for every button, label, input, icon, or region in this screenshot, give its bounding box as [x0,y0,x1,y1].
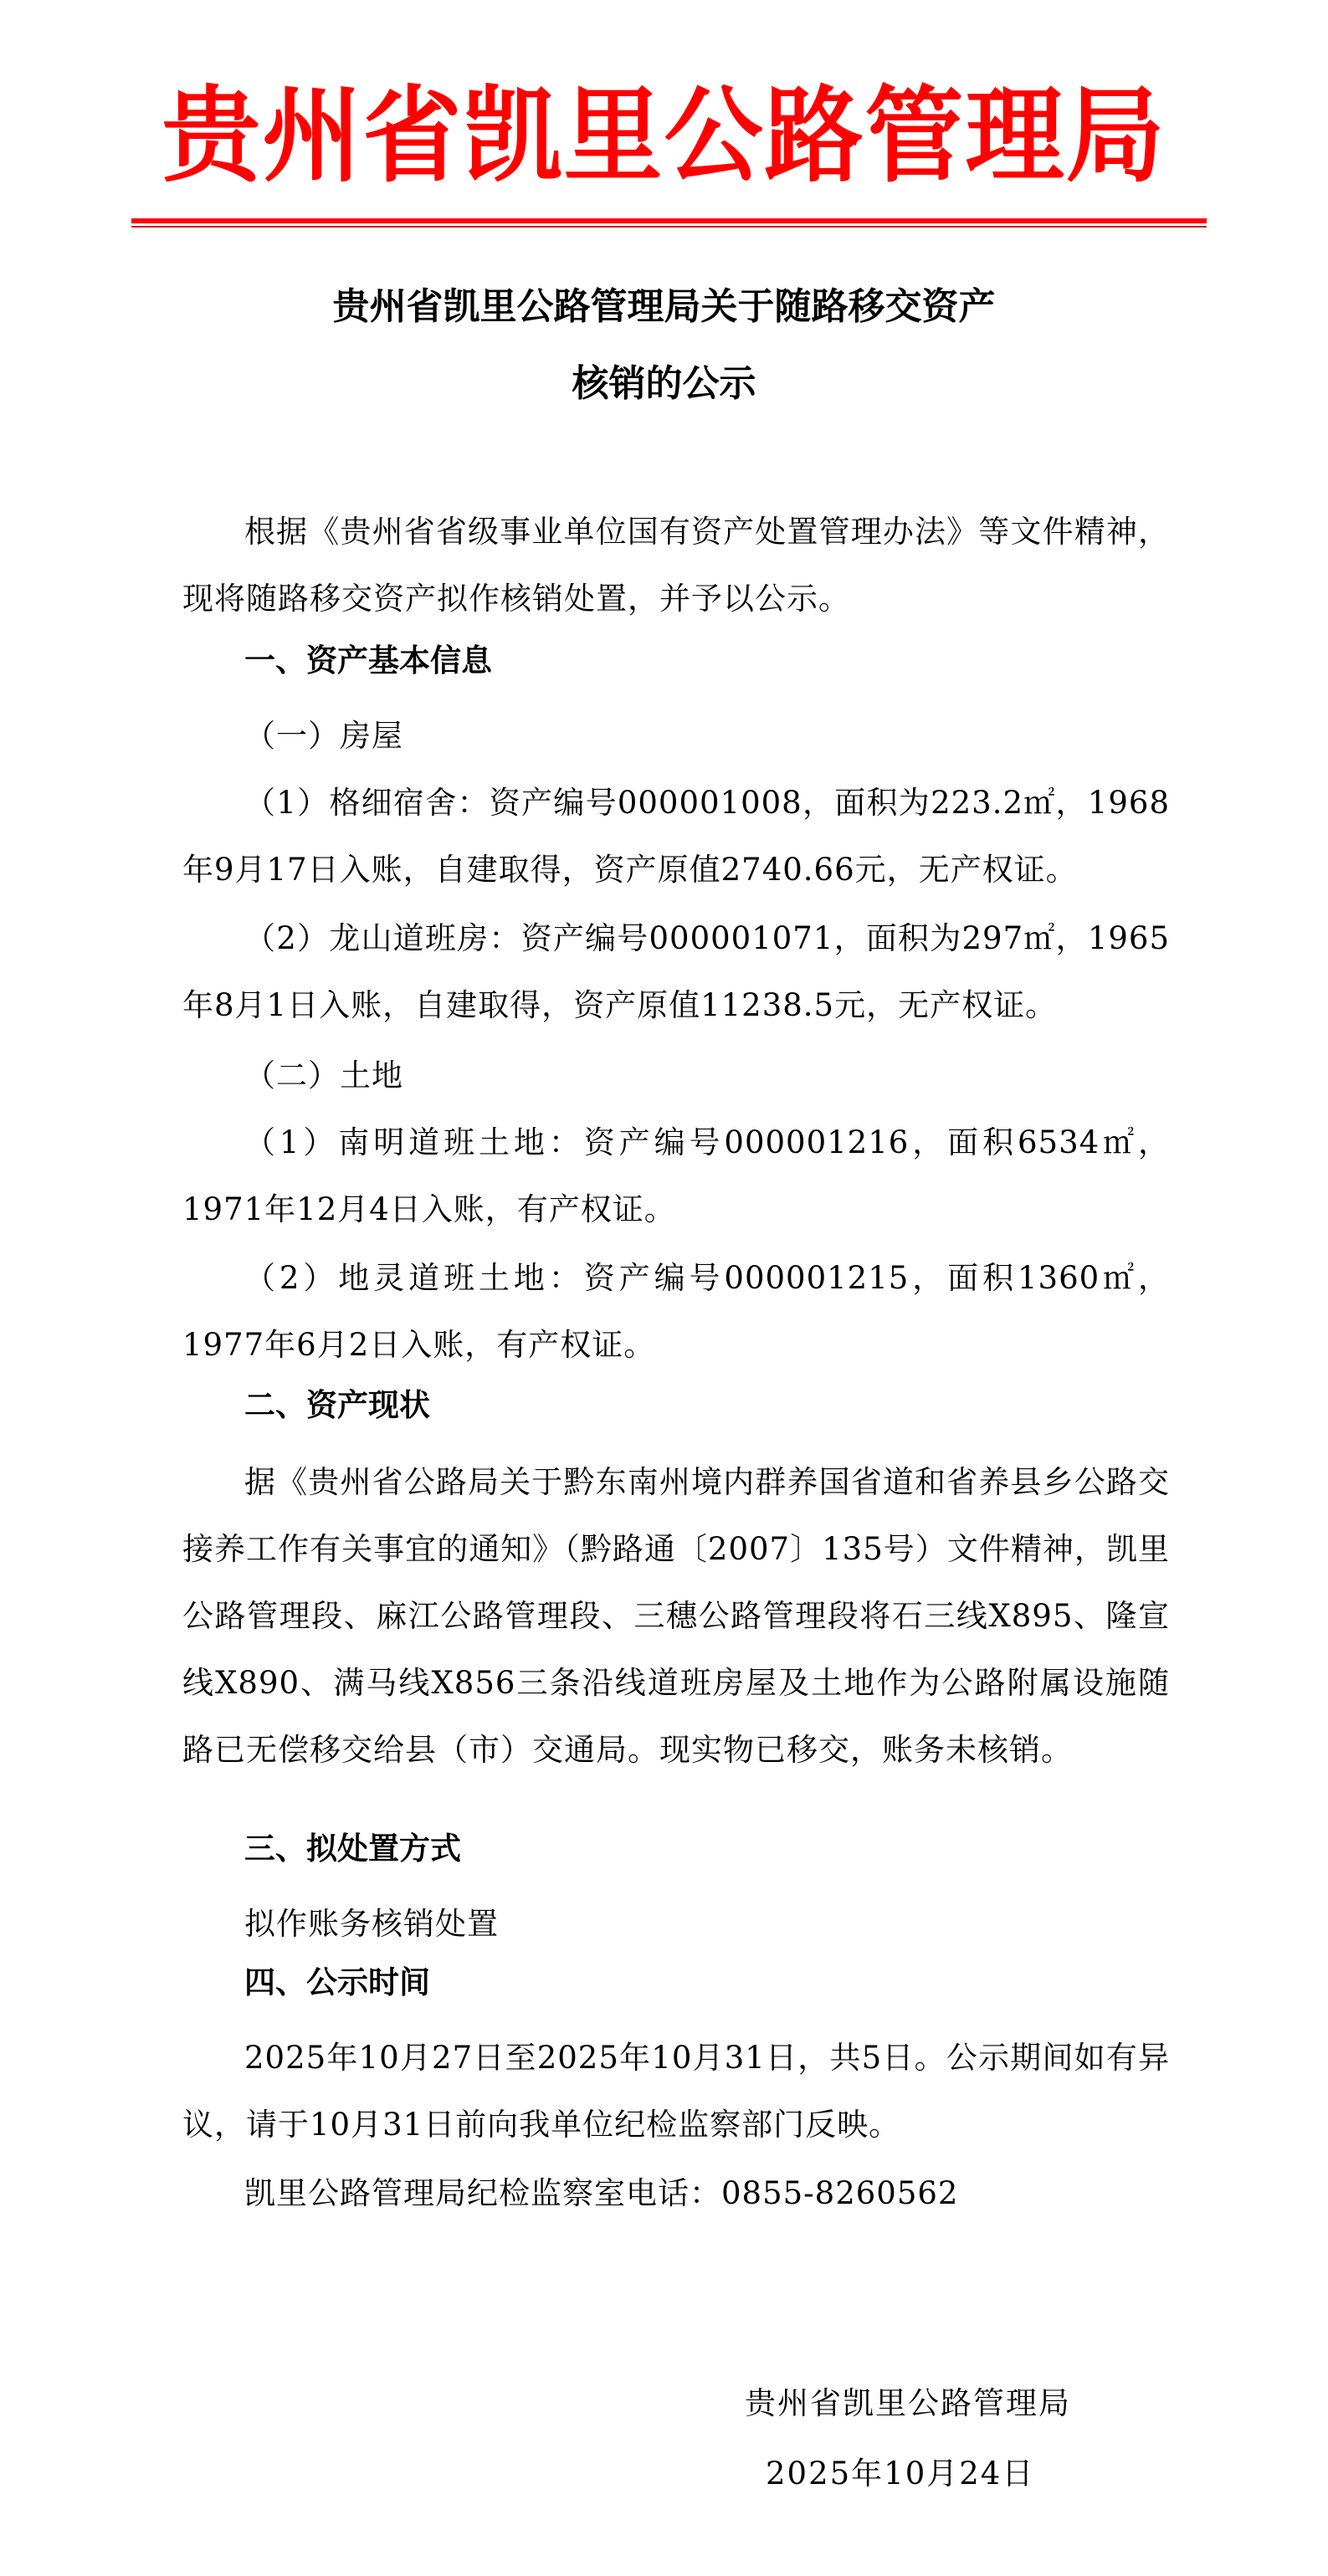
asset-item-house-2: （2）龙山道班房：资产编号000001071，面积为297㎡，1965年8月1日… [182,905,1170,1039]
section-heading-basic-info: 一、资产基本信息 [244,636,492,686]
subheading-land: （二）土地 [182,1042,1170,1109]
masthead-org-name: 贵州省凯里公路管理局 [0,74,1328,197]
section-heading-disposal: 三、拟处置方式 [244,1824,461,1874]
asset-item-house-1: （1）格细宿舍：资产编号000001008，面积为223.2㎡，1968年9月1… [182,770,1170,904]
contact-phone-line: 凯里公路管理局纪检监察室电话：0855-8260562 [182,2160,1170,2227]
section-heading-publicity-period: 四、公示时间 [244,1958,430,2008]
document-title-line-1: 贵州省凯里公路管理局关于随路移交资产 [0,284,1328,330]
disposal-paragraph: 拟作账务核销处置 [182,1891,1170,1958]
section-heading-status: 二、资产现状 [244,1380,430,1431]
masthead-divider-thin [131,226,1207,228]
asset-item-land-2: （2）地灵道班土地：资产编号000001215，面积1360㎡，1977年6月2… [182,1245,1170,1379]
asset-item-land-1: （1）南明道班土地：资产编号000001216，面积6534㎡，1971年12月… [182,1109,1170,1243]
status-paragraph: 据《贵州省公路局关于黔东南州境内群养国省道和省养县乡公路交接养工作有关事宜的通知… [182,1449,1170,1784]
publicity-period-paragraph: 2025年10月27日至2025年10月31日，共5日。公示期间如有异议，请于1… [182,2025,1170,2159]
subheading-houses: （一）房屋 [182,703,1170,770]
signature-org: 贵州省凯里公路管理局 [745,2383,1071,2425]
masthead-divider-thick [131,218,1207,223]
document-title-line-2: 核销的公示 [0,361,1328,407]
intro-paragraph: 根据《贵州省省级事业单位国有资产处置管理办法》等文件精神，现将随路移交资产拟作核… [182,499,1170,632]
signature-date: 2025年10月24日 [766,2453,1034,2495]
